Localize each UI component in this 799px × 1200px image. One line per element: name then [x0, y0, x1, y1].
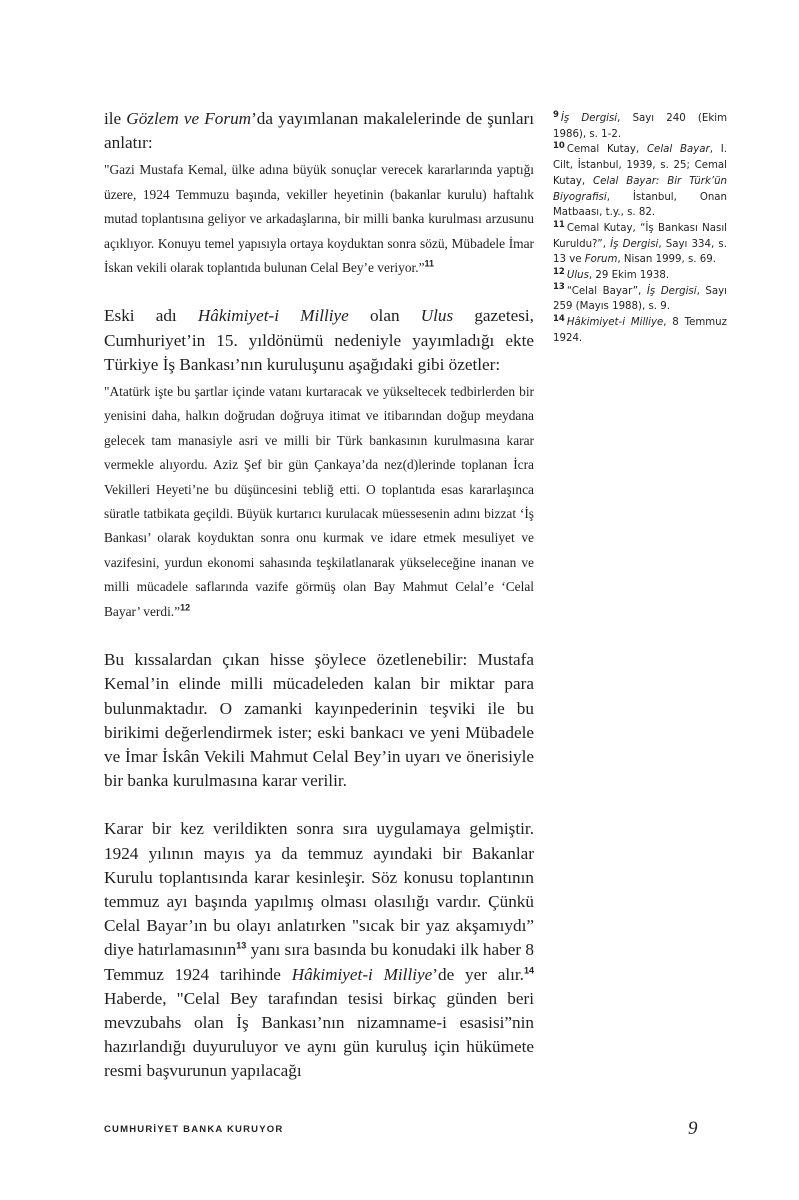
footnote-9: 9İş Dergisi, Sayı 240 (Ekim 1986), s. 1-…	[553, 111, 727, 142]
quote-text: "Gazi Mustafa Kemal, ülke adına büyük so…	[104, 162, 534, 275]
footnote-number: 14	[553, 314, 565, 324]
text: , 29 Ekim 1938.	[589, 270, 669, 281]
main-text-column: ile Gözlem ve Forum’da yayımlanan makale…	[104, 107, 534, 1084]
paragraph-ulus: Eski adı Hâkimiyet-i Milliye olan Ulus g…	[104, 304, 534, 377]
text: Celal Bayar	[647, 144, 710, 155]
text: , Nisan 1999, s. 69.	[617, 254, 716, 265]
footnote-10: 10Cemal Kutay, Celal Bayar, I. Cilt, İst…	[553, 142, 727, 221]
publication-title: Hâkimiyet-i Milliye	[292, 965, 433, 984]
text: Eski adı	[104, 306, 198, 325]
text: ’de yer alır.	[432, 965, 524, 984]
text: olan	[349, 306, 421, 325]
footnote-13: 13“Celal Bayar”, İş Dergisi, Sayı 259 (M…	[553, 284, 727, 315]
block-quote-2: "Atatürk işte bu şartlar içinde vatanı k…	[104, 380, 534, 624]
text: İş Dergisi	[610, 239, 658, 250]
publication-title: Hâkimiyet-i Milliye	[198, 306, 349, 325]
footnote-number: 11	[553, 220, 565, 230]
page-number: 9	[688, 1118, 698, 1140]
quote-text: "Atatürk işte bu şartlar içinde vatanı k…	[104, 384, 534, 619]
footnote-ref: 13	[236, 941, 246, 951]
paragraph-decision: Karar bir kez verildikten sonra sıra uyg…	[104, 817, 534, 1083]
footnote-ref: 12	[180, 602, 190, 612]
text: İş Dergisi	[561, 113, 617, 124]
text: Cemal Kutay,	[567, 144, 647, 155]
footnote-12: 12Ulus, 29 Ekim 1938.	[553, 268, 727, 284]
paragraph-summary: Bu kıssalardan çıkan hisse şöylece özetl…	[104, 648, 534, 793]
text: “Celal Bayar”,	[567, 286, 647, 297]
footnote-ref: 14	[524, 965, 534, 975]
text: Haberde, "Celal Bey tarafından tesisi bi…	[104, 989, 534, 1081]
text: Ulus	[567, 270, 589, 281]
footnote-number: 10	[553, 141, 565, 151]
footnote-ref: 11	[425, 259, 435, 269]
footnote-number: 9	[553, 110, 559, 120]
text: ile	[104, 109, 126, 128]
text: İş Dergisi	[647, 286, 697, 297]
publication-title: Gözlem ve Forum	[126, 109, 251, 128]
footnote-number: 12	[553, 267, 565, 277]
footnote-11: 11Cemal Kutay, “İş Bankası Nasıl Kuruldu…	[553, 221, 727, 268]
text: Hâkimiyet-i Milliye	[567, 317, 663, 328]
running-title: CUMHURİYET BANKA KURUYOR	[104, 1124, 283, 1135]
footnotes-sidebar: 9İş Dergisi, Sayı 240 (Ekim 1986), s. 1-…	[553, 111, 727, 347]
paragraph-intro: ile Gözlem ve Forum’da yayımlanan makale…	[104, 107, 534, 155]
footnote-14: 14Hâkimiyet-i Milliye, 8 Temmuz 1924.	[553, 315, 727, 346]
footnote-number: 13	[553, 282, 565, 292]
publication-title: Ulus	[421, 306, 453, 325]
block-quote-1: "Gazi Mustafa Kemal, ülke adına büyük so…	[104, 158, 534, 280]
text: Karar bir kez verildikten sonra sıra uyg…	[104, 819, 534, 959]
text: Forum	[585, 254, 618, 265]
text: Bu kıssalardan çıkan hisse şöylece özetl…	[104, 650, 534, 790]
